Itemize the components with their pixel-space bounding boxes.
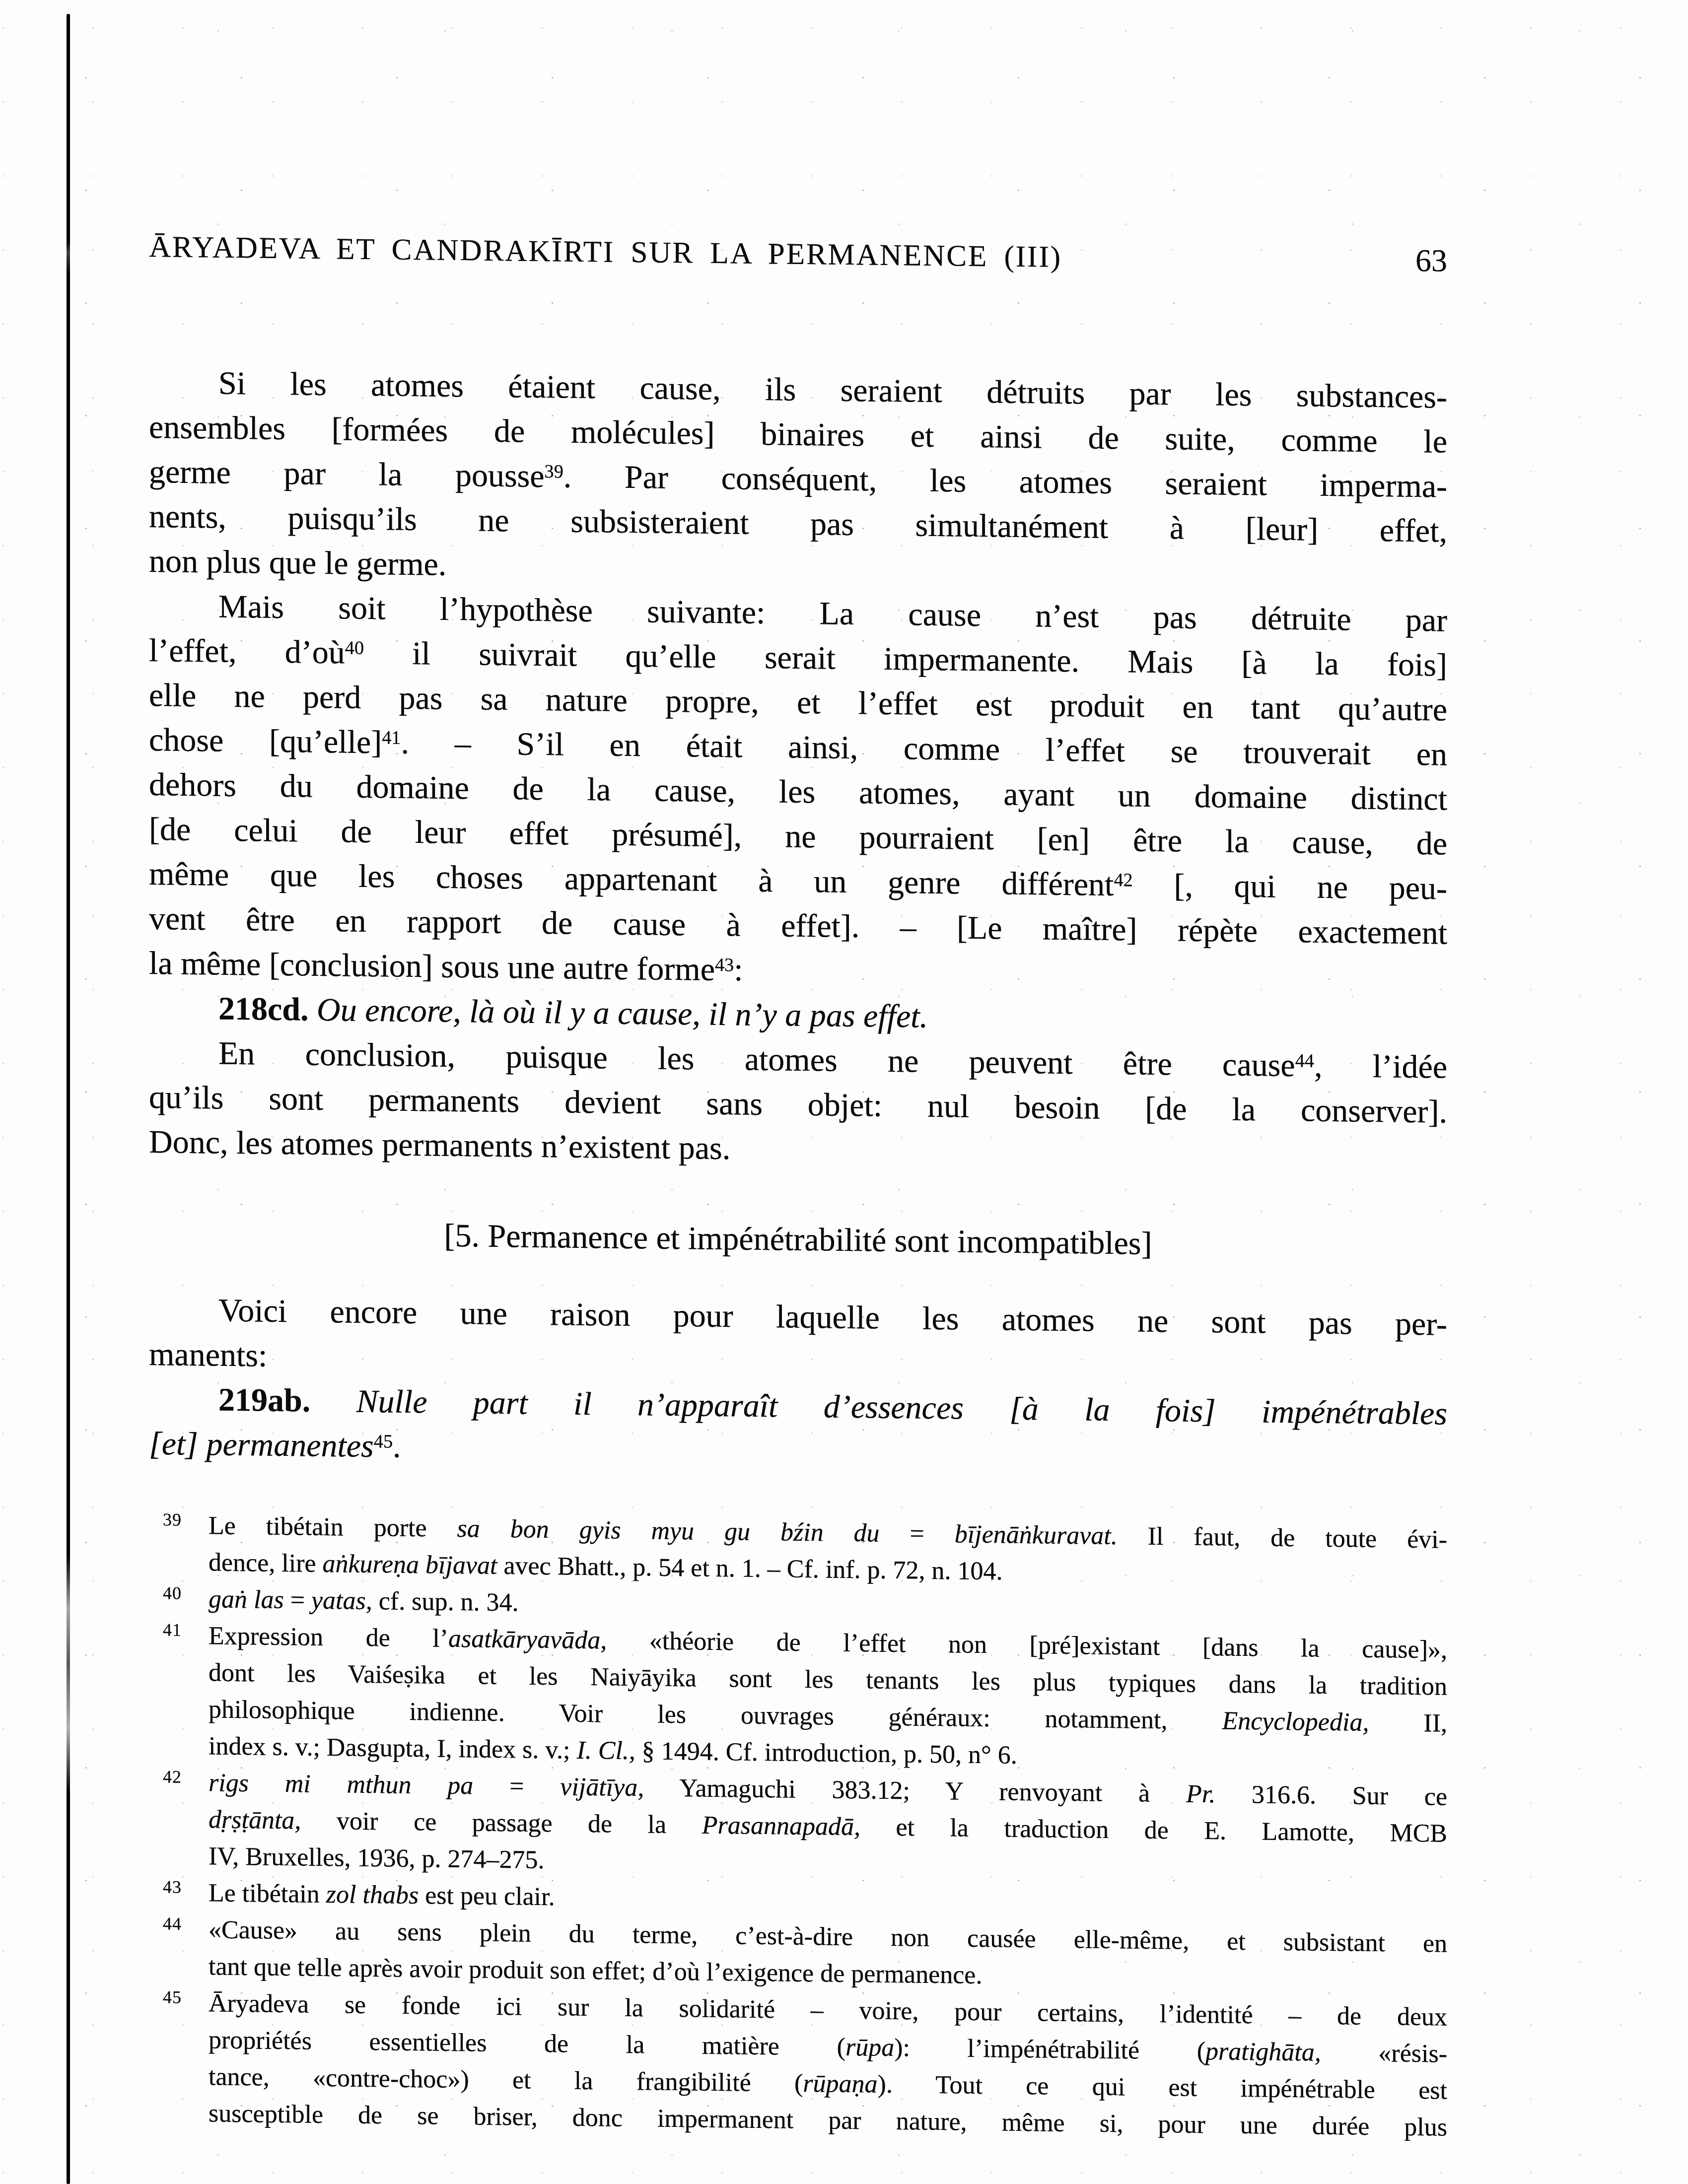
binding-edge-line [67,14,70,2184]
footnote-44: 44 «Cause» au sens plein du terme, c’est… [149,1911,1447,1999]
footnote-number: 40 [163,1574,182,1611]
footnote-42: 42 rigs mi mthun pa = vijātīya, Yamaguch… [149,1764,1447,1889]
running-header-title: ĀRYADEVA ET CANDRAKĪRTI SUR LA PERMANENC… [149,224,1062,280]
body-text: Si les atomes étaient cause, ils seraien… [149,360,1447,1481]
footnote-number: 43 [163,1868,182,1905]
footnote-number: 39 [163,1501,182,1538]
footnote-number: 44 [163,1905,182,1942]
footnote-number: 42 [163,1758,182,1795]
verse-219ab: 219ab. Nulle part il n’apparaît d’essenc… [149,1377,1447,1481]
paragraph: Si les atomes étaient cause, ils seraien… [149,360,1447,599]
footnote-number: 45 [163,1979,182,2015]
running-header: ĀRYADEVA ET CANDRAKĪRTI SUR LA PERMANENC… [149,223,1447,285]
page-number: 63 [1415,238,1447,284]
footnote-39: 39 Le tibétain porte sa bon gyis myu gu … [149,1507,1447,1595]
footnote-41: 41 Expression de l’asatkāryavāda, «théor… [149,1617,1447,1779]
section-heading: [5. Permanence et impénétrabilité sont i… [149,1210,1447,1270]
paragraph: Voici encore une raison pour laquelle le… [149,1288,1447,1392]
scanned-book-page: ĀRYADEVA ET CANDRAKĪRTI SUR LA PERMANENC… [0,0,1688,2184]
footnote-number: 41 [163,1611,182,1648]
page-content: ĀRYADEVA ET CANDRAKĪRTI SUR LA PERMANENC… [149,223,1447,2146]
footnote-45: 45 Āryadeva se fonde ici sur la solidari… [149,1984,1447,2146]
paragraph: En conclusion, puisque les atomes ne peu… [149,1030,1447,1179]
paragraph: Mais soit l’hypothèse suivante: La cause… [149,584,1447,1001]
footnotes-block: 39 Le tibétain porte sa bon gyis myu gu … [149,1507,1447,2146]
